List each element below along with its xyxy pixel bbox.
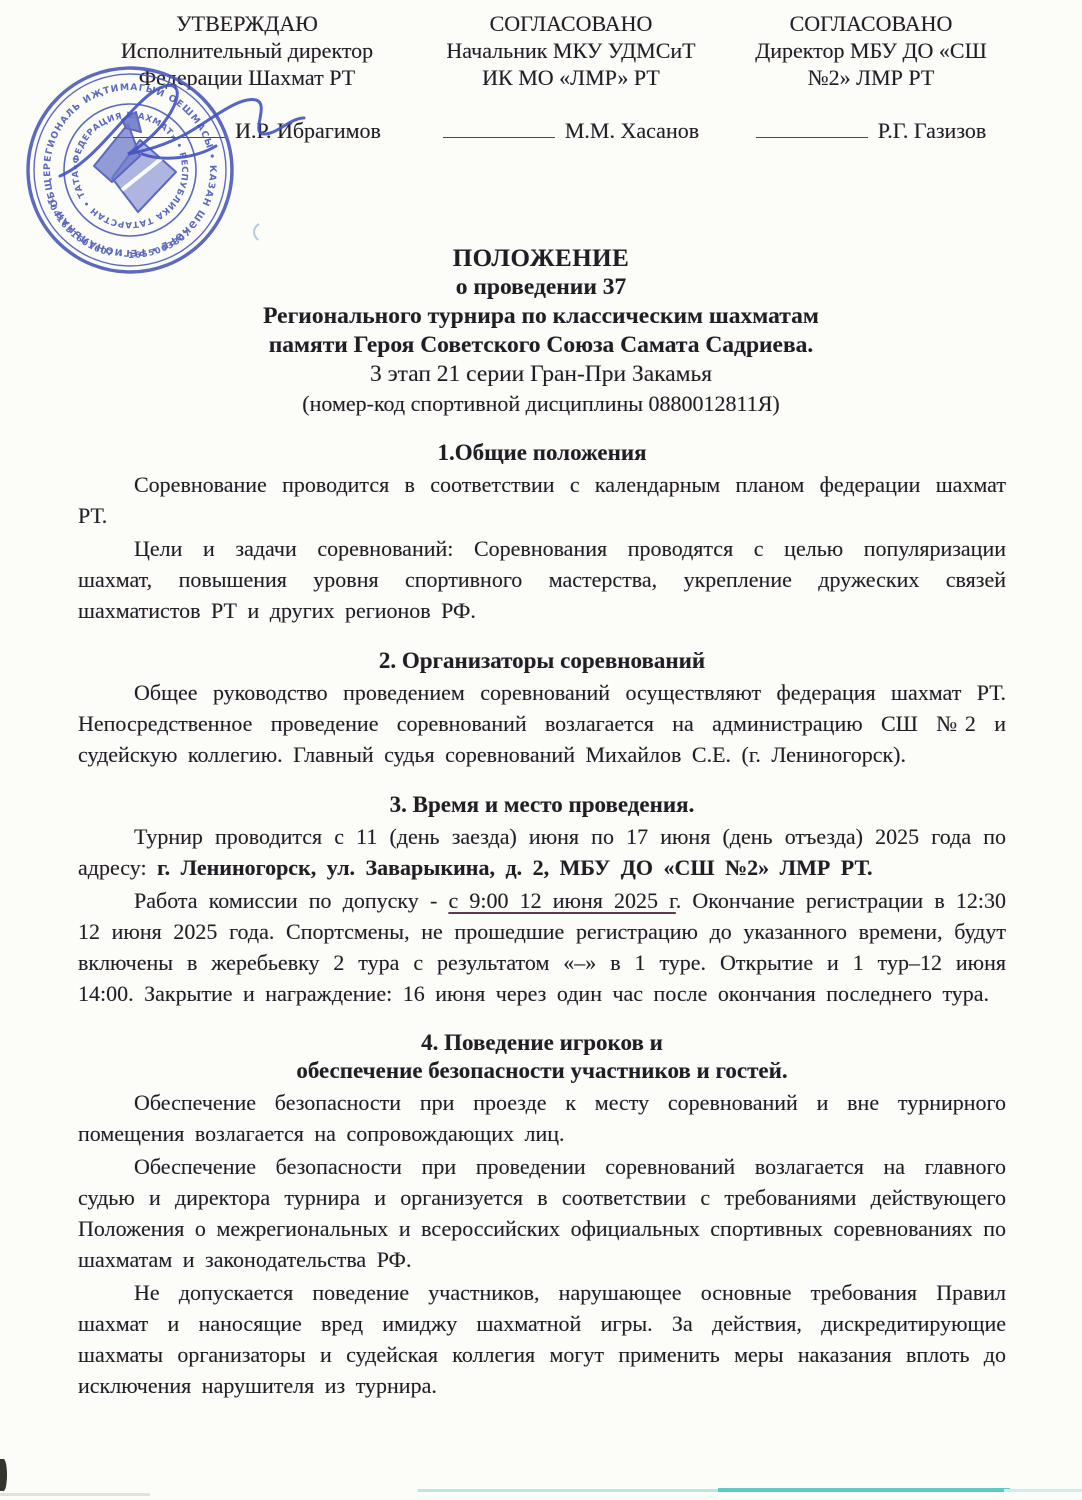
section-1-general: 1.Общие положения Соревнование проводитс…: [78, 439, 1006, 626]
section-1-paragraph-1: Соревнование проводится в соответствии с…: [78, 469, 1006, 531]
scan-edge-shadow: [0, 1493, 150, 1496]
section-4-heading-line2: обеспечение безопасности участников и го…: [78, 1057, 1006, 1085]
section-3-paragraph-2: Работа комиссии по допуску - с 9:00 12 и…: [78, 885, 1006, 1009]
doc-title-line5: 3 этап 21 серии Гран-При Закамья: [0, 360, 1082, 389]
section-4-paragraph-2: Обеспечение безопасности при проведении …: [78, 1151, 1006, 1275]
signature-row: М.М. Хасанов: [421, 115, 721, 144]
approval-role-line1: Директор МБУ ДО «СШ: [740, 37, 1002, 64]
doc-title-line6: (номер-код спортивной дисциплины 0880012…: [0, 389, 1082, 418]
section-4-heading-line1: 4. Поведение игроков и: [78, 1029, 1006, 1057]
section-3-heading: 3. Время и место проведения.: [78, 791, 1006, 819]
handwritten-signature: [46, 58, 346, 218]
section-2-heading: 2. Организаторы соревнований: [78, 647, 1006, 675]
venue-address-bold: г. Лениногорск, ул. Заварыкина, д. 2, МБ…: [157, 855, 872, 880]
section-4-paragraph-3: Не допускается поведение участников, нар…: [78, 1277, 1006, 1401]
signature-line: [443, 115, 555, 138]
scanned-document-page: УТВЕРЖДАЮ Исполнительный директор Федера…: [0, 0, 1082, 1500]
scan-edge-cyan-dark: [718, 1488, 1010, 1492]
approval-block-soglasovano-2: СОГЛАСОВАНО Директор МБУ ДО «СШ №2» ЛМР …: [740, 10, 1002, 144]
scan-edge-cyan-fade: [1004, 1489, 1082, 1492]
doc-title-line4: памяти Героя Советского Союза Самата Сад…: [0, 331, 1082, 360]
doc-title-line3: Регионального турнира по классическим ша…: [0, 302, 1082, 331]
section-3-paragraph-1: Турнир проводится с 11 (день заезда) июн…: [78, 821, 1006, 883]
commission-time-underlined: с 9:00 12 июня 2025 г: [448, 888, 675, 913]
signature-row: Р.Г. Газизов: [740, 115, 1002, 144]
approval-title: СОГЛАСОВАНО: [740, 10, 1002, 37]
approval-role-line2: ИК МО «ЛМР» РТ: [421, 64, 721, 91]
signature-line: [756, 115, 868, 138]
signatory-name: Р.Г. Газизов: [878, 118, 987, 143]
approval-title: СОГЛАСОВАНО: [421, 10, 721, 37]
approval-role-line2: №2» ЛМР РТ: [740, 64, 1002, 91]
section-2-organizers: 2. Организаторы соревнований Общее руков…: [78, 647, 1006, 770]
scan-edge-blob: [0, 1459, 7, 1491]
approval-block-soglasovano-1: СОГЛАСОВАНО Начальник МКУ УДМСиТ ИК МО «…: [421, 10, 721, 144]
section-1-paragraph-2: Цели и задачи соревнований: Соревнования…: [78, 533, 1006, 626]
scan-edge-cyan-light: [418, 1489, 728, 1492]
stray-pen-mark: [250, 222, 264, 242]
section-4-paragraph-1: Обеспечение безопасности при проезде к м…: [78, 1087, 1006, 1149]
approval-title: УТВЕРЖДАЮ: [92, 10, 402, 37]
section-3-time-place: 3. Время и место проведения. Турнир пров…: [78, 791, 1006, 1009]
section-1-heading: 1.Общие положения: [78, 439, 1006, 467]
signatory-name: М.М. Хасанов: [565, 118, 699, 143]
section-2-paragraph-1: Общее руководство проведением соревнован…: [78, 677, 1006, 770]
approval-role-line1: Начальник МКУ УДМСиТ: [421, 37, 721, 64]
commission-intro-text: Работа комиссии по допуску -: [134, 888, 448, 913]
document-body: 1.Общие положения Соревнование проводитс…: [0, 439, 1082, 1401]
section-4-conduct-safety: 4. Поведение игроков и обеспечение безоп…: [78, 1029, 1006, 1401]
